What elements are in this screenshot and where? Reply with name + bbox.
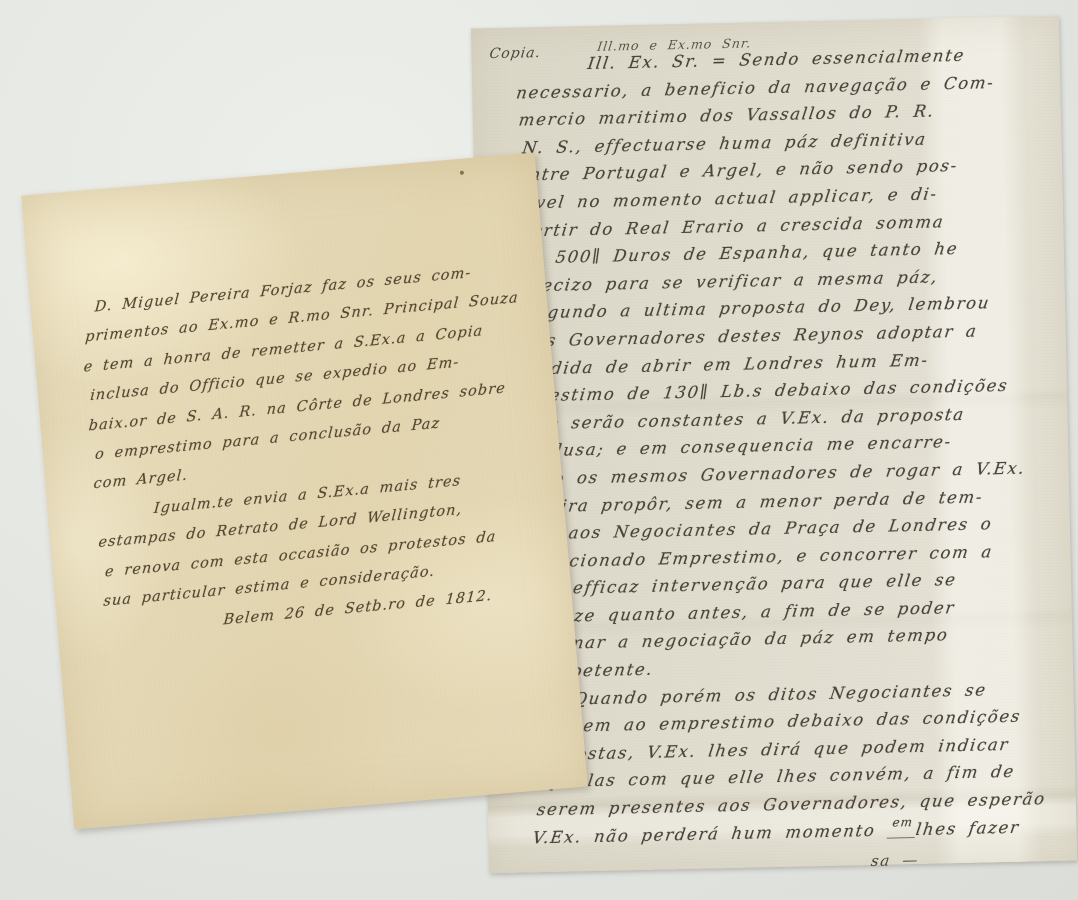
- left-letter-body: D. Miguel Pereira Forjaz faz os seus com…: [21, 153, 587, 830]
- inserted-word: em: [886, 809, 918, 838]
- photo-backdrop: { "scene": { "background_color": "#e4e6e…: [0, 0, 1078, 900]
- left-letter-page: D. Miguel Pereira Forjaz faz os seus com…: [21, 153, 587, 830]
- final-line-post: lhes fazer: [915, 817, 1021, 838]
- copy-annotation: Copia.: [488, 40, 543, 69]
- final-line-pre: V.Ex. não perderá hum momento: [532, 820, 877, 847]
